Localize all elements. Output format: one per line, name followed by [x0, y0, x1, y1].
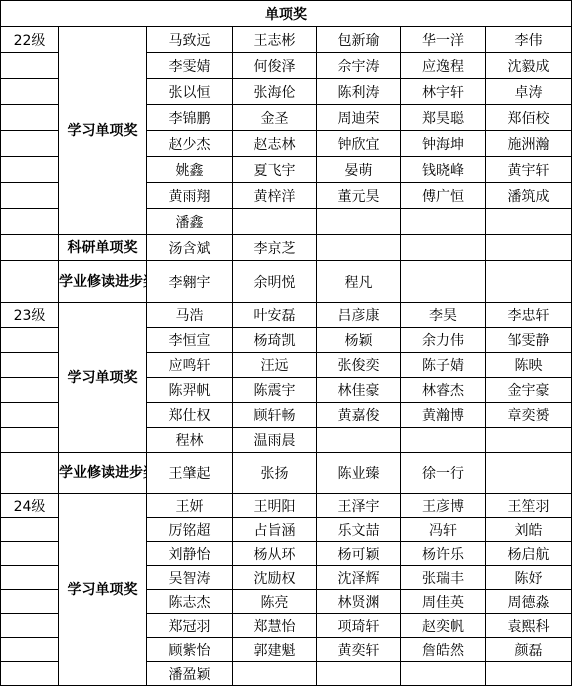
- grade-cell-empty: [1, 79, 59, 105]
- name-cell: 林宇轩: [401, 79, 486, 105]
- name-cell: 冯轩: [401, 518, 486, 542]
- name-cell: 杨颖: [317, 328, 401, 353]
- name-cell: 潘鑫: [147, 209, 233, 235]
- name-cell: 潘盈颖: [147, 662, 233, 686]
- name-cell: 应鸣轩: [147, 353, 233, 378]
- name-cell: 刘皓: [486, 518, 572, 542]
- name-cell: 王笙羽: [486, 494, 572, 518]
- name-cell: [486, 209, 572, 235]
- grade-cell-empty: [1, 183, 59, 209]
- name-cell: 王肇起: [147, 453, 233, 494]
- category-label: 学习单项奖: [59, 303, 147, 453]
- grade-label: 24级: [1, 494, 59, 518]
- name-cell: 金宇豪: [486, 378, 572, 403]
- name-cell: 黄嘉俊: [317, 403, 401, 428]
- name-cell: 陈志杰: [147, 590, 233, 614]
- name-cell: 施洲瀚: [486, 131, 572, 157]
- name-cell: 沈励权: [233, 566, 317, 590]
- name-cell: 林贤渊: [317, 590, 401, 614]
- award-table: 单项奖 22级 学习单项奖 马致远 王志彬 包新瑜 华一洋 李伟 李雯婧 何俊泽…: [0, 0, 572, 686]
- name-cell: 陈羿帆: [147, 378, 233, 403]
- name-cell: 程凡: [317, 261, 401, 303]
- name-cell: 颜磊: [486, 638, 572, 662]
- name-cell: [317, 209, 401, 235]
- table-row: 学业修读进步奖 王肇起 张扬 陈业臻 徐一行: [1, 453, 572, 494]
- name-cell: 黄宇轩: [486, 157, 572, 183]
- name-cell: 陈业臻: [317, 453, 401, 494]
- table-row: 科研单项奖 汤含斌 李京芝: [1, 235, 572, 261]
- name-cell: 王泽宇: [317, 494, 401, 518]
- name-cell: 周佳英: [401, 590, 486, 614]
- name-cell: 邹雯静: [486, 328, 572, 353]
- name-cell: 潘筑成: [486, 183, 572, 209]
- grade-cell-empty: [1, 209, 59, 235]
- grade-cell-empty: [1, 590, 59, 614]
- name-cell: 詹皓然: [401, 638, 486, 662]
- name-cell: 佘宇涛: [317, 53, 401, 79]
- name-cell: 董元昊: [317, 183, 401, 209]
- name-cell: 赵志林: [233, 131, 317, 157]
- name-cell: 黄梓洋: [233, 183, 317, 209]
- name-cell: 林佳豪: [317, 378, 401, 403]
- name-cell: 温雨晨: [233, 428, 317, 453]
- grade-cell-empty: [1, 328, 59, 353]
- name-cell: 郑冠羽: [147, 614, 233, 638]
- name-cell: 应逸程: [401, 53, 486, 79]
- name-cell: [486, 235, 572, 261]
- grade-cell-empty: [1, 566, 59, 590]
- name-cell: [486, 428, 572, 453]
- grade-cell-empty: [1, 662, 59, 686]
- name-cell: [233, 209, 317, 235]
- grade-cell-empty: [1, 353, 59, 378]
- name-cell: 吕彦康: [317, 303, 401, 328]
- name-cell: 袁熙科: [486, 614, 572, 638]
- name-cell: 李锦鹏: [147, 105, 233, 131]
- name-cell: 李昊: [401, 303, 486, 328]
- name-cell: 郑仕权: [147, 403, 233, 428]
- name-cell: 张海伦: [233, 79, 317, 105]
- name-cell: 陈震宇: [233, 378, 317, 403]
- name-cell: 占旨涵: [233, 518, 317, 542]
- name-cell: 顾紫怡: [147, 638, 233, 662]
- grade-cell-empty: [1, 453, 59, 494]
- table-row: 22级 学习单项奖 马致远 王志彬 包新瑜 华一洋 李伟: [1, 27, 572, 53]
- name-cell: 林睿杰: [401, 378, 486, 403]
- name-cell: 张俊奕: [317, 353, 401, 378]
- grade-cell-empty: [1, 428, 59, 453]
- name-cell: 钟欣宜: [317, 131, 401, 157]
- name-cell: 乐文喆: [317, 518, 401, 542]
- name-cell: 赵奕帆: [401, 614, 486, 638]
- name-cell: 郭建魁: [233, 638, 317, 662]
- name-cell: 钟海坤: [401, 131, 486, 157]
- name-cell: [401, 235, 486, 261]
- name-cell: 李翱宇: [147, 261, 233, 303]
- name-cell: 程林: [147, 428, 233, 453]
- category-label: 学业修读进步奖: [59, 453, 147, 494]
- name-cell: [317, 235, 401, 261]
- name-cell: [401, 428, 486, 453]
- name-cell: 陈子婧: [401, 353, 486, 378]
- name-cell: 周德淼: [486, 590, 572, 614]
- name-cell: 沈泽辉: [317, 566, 401, 590]
- name-cell: 周迪荣: [317, 105, 401, 131]
- name-cell: 黄瀚博: [401, 403, 486, 428]
- name-cell: 项琦轩: [317, 614, 401, 638]
- grade-cell-empty: [1, 542, 59, 566]
- grade-cell-empty: [1, 131, 59, 157]
- grade-cell-empty: [1, 105, 59, 131]
- name-cell: 陈映: [486, 353, 572, 378]
- name-cell: 陈利涛: [317, 79, 401, 105]
- name-cell: 杨许乐: [401, 542, 486, 566]
- grade-cell-empty: [1, 157, 59, 183]
- name-cell: [233, 662, 317, 686]
- name-cell: [317, 662, 401, 686]
- name-cell: 黄雨翔: [147, 183, 233, 209]
- name-cell: 夏飞宇: [233, 157, 317, 183]
- name-cell: 郑佰校: [486, 105, 572, 131]
- name-cell: 杨启航: [486, 542, 572, 566]
- name-cell: 杨可颖: [317, 542, 401, 566]
- name-cell: 余力伟: [401, 328, 486, 353]
- category-label: 科研单项奖: [59, 235, 147, 261]
- grade-label: 23级: [1, 303, 59, 328]
- name-cell: 华一洋: [401, 27, 486, 53]
- name-cell: 钱晓峰: [401, 157, 486, 183]
- name-cell: 余明悦: [233, 261, 317, 303]
- table-row: 24级 学习单项奖 王妍 王明阳 王泽宇 王彦博 王笙羽: [1, 494, 572, 518]
- grade-cell-empty: [1, 614, 59, 638]
- name-cell: [317, 428, 401, 453]
- name-cell: 李恒宣: [147, 328, 233, 353]
- name-cell: 张瑞丰: [401, 566, 486, 590]
- category-label: 学习单项奖: [59, 494, 147, 686]
- name-cell: 李伟: [486, 27, 572, 53]
- name-cell: 杨琦凯: [233, 328, 317, 353]
- name-cell: 马致远: [147, 27, 233, 53]
- name-cell: [401, 209, 486, 235]
- name-cell: 王彦博: [401, 494, 486, 518]
- name-cell: 包新瑜: [317, 27, 401, 53]
- grade-cell-empty: [1, 403, 59, 428]
- name-cell: 陈妤: [486, 566, 572, 590]
- table-row: 学业修读进步奖 李翱宇 余明悦 程凡: [1, 261, 572, 303]
- table-title: 单项奖: [1, 1, 572, 27]
- name-cell: 徐一行: [401, 453, 486, 494]
- name-cell: [486, 662, 572, 686]
- name-cell: 厉铭超: [147, 518, 233, 542]
- name-cell: 张以恒: [147, 79, 233, 105]
- name-cell: 章奕赟: [486, 403, 572, 428]
- name-cell: 郑慧怡: [233, 614, 317, 638]
- category-label: 学习单项奖: [59, 27, 147, 235]
- name-cell: 李雯婧: [147, 53, 233, 79]
- name-cell: 杨从环: [233, 542, 317, 566]
- grade-label: 22级: [1, 27, 59, 53]
- name-cell: 王志彬: [233, 27, 317, 53]
- name-cell: 金圣: [233, 105, 317, 131]
- name-cell: 陈亮: [233, 590, 317, 614]
- name-cell: [401, 662, 486, 686]
- grade-cell-empty: [1, 638, 59, 662]
- name-cell: 晏萌: [317, 157, 401, 183]
- grade-cell-empty: [1, 518, 59, 542]
- name-cell: 傅广恒: [401, 183, 486, 209]
- name-cell: 吴智涛: [147, 566, 233, 590]
- name-cell: 赵少杰: [147, 131, 233, 157]
- grade-cell-empty: [1, 235, 59, 261]
- name-cell: 沈毅成: [486, 53, 572, 79]
- name-cell: 马浩: [147, 303, 233, 328]
- name-cell: 郑昊聪: [401, 105, 486, 131]
- name-cell: 顾轩畅: [233, 403, 317, 428]
- name-cell: 李京芝: [233, 235, 317, 261]
- name-cell: 王明阳: [233, 494, 317, 518]
- name-cell: 汪远: [233, 353, 317, 378]
- name-cell: 何俊泽: [233, 53, 317, 79]
- name-cell: 姚鑫: [147, 157, 233, 183]
- name-cell: 李忠轩: [486, 303, 572, 328]
- name-cell: 张扬: [233, 453, 317, 494]
- name-cell: 黄奕轩: [317, 638, 401, 662]
- name-cell: 刘静怡: [147, 542, 233, 566]
- name-cell: [486, 453, 572, 494]
- name-cell: 叶安磊: [233, 303, 317, 328]
- grade-cell-empty: [1, 378, 59, 403]
- name-cell: [401, 261, 486, 303]
- grade-cell-empty: [1, 53, 59, 79]
- name-cell: 王妍: [147, 494, 233, 518]
- name-cell: [486, 261, 572, 303]
- name-cell: 汤含斌: [147, 235, 233, 261]
- name-cell: 卓涛: [486, 79, 572, 105]
- category-label: 学业修读进步奖: [59, 261, 147, 303]
- table-row: 23级 学习单项奖 马浩 叶安磊 吕彦康 李昊 李忠轩: [1, 303, 572, 328]
- grade-cell-empty: [1, 261, 59, 303]
